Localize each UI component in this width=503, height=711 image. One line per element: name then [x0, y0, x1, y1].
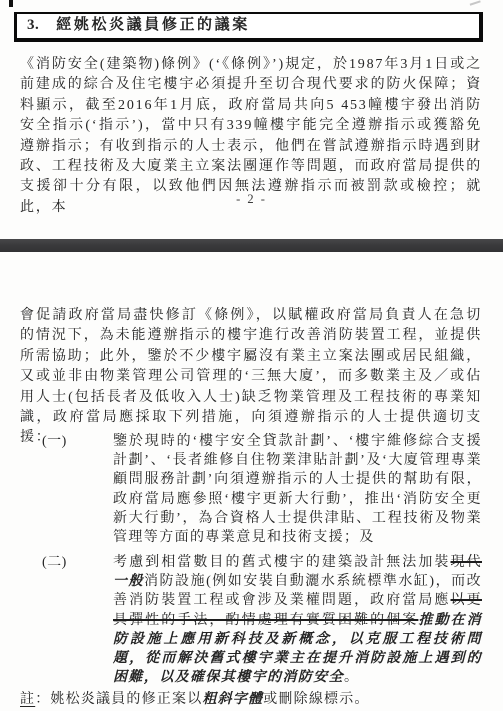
text-segment: 鑒於現時的‘樓宇安全貸款計劃’、‘樓宇維修綜合支援計劃’、‘長者維修自住物業津貼…	[113, 434, 482, 545]
item-label: (二)	[42, 553, 113, 687]
text-segment: 一般	[113, 574, 144, 589]
text-segment: 。	[344, 670, 359, 685]
paragraph-continuation: 會促請政府當局盡快修訂《條例》，以賦權政府當局負責人在急切的情況下，為未能遵辦指…	[20, 306, 482, 449]
list-item-2: (二) 考慮到相當數目的舊式樓宇的建築設計無法加裝現代一般消防設施(例如安裝自動…	[42, 553, 482, 687]
item-text: 鑒於現時的‘樓宇安全貸款計劃’、‘樓宇維修綜合支援計劃’、‘長者維修自住物業津貼…	[113, 432, 482, 547]
text-segment: 現代	[451, 555, 482, 570]
item-text: 考慮到相當數目的舊式樓宇的建築設計無法加裝現代一般消防設施(例如安裝自動灑水系統…	[113, 553, 482, 687]
footnote: 註：姚松炎議員的修正案以粗斜字體或刪除線標示。	[20, 688, 370, 708]
text-segment: 或刪除線標示。	[263, 692, 369, 707]
list-item-1: (一) 鑒於現時的‘樓宇安全貸款計劃’、‘樓宇維修綜合支援計劃’、‘長者維修自住…	[42, 432, 482, 547]
text-segment: 考慮到相當數目的舊式樓宇的建築設計無法加裝	[113, 555, 451, 570]
text-segment: 粗斜字體	[202, 692, 263, 707]
text-segment: 消防設施(例如安裝自動灑水系統標準水缸)，而改善消防裝置工程或會涉及業權問題，政…	[113, 574, 482, 608]
footnote-separator: ：	[35, 692, 50, 707]
page-number: - 2 -	[0, 192, 503, 207]
section-heading: 3. 經姚松炎議員修正的議案	[14, 12, 483, 42]
footnote-label: 註	[20, 692, 35, 707]
text-segment: 姚松炎議員的修正案以	[50, 692, 202, 707]
footnote-text: 姚松炎議員的修正案以粗斜字體或刪除線標示。	[50, 692, 369, 707]
section-number: 3.	[27, 15, 39, 36]
scan-artifact	[9, 0, 13, 7]
section-title: 經姚松炎議員修正的議案	[56, 15, 250, 36]
page-break-bar	[0, 239, 503, 252]
item-label: (一)	[42, 432, 113, 547]
document-page: 3. 經姚松炎議員修正的議案 《消防安全(建築物)條例》(‘《條例》’)規定，於…	[0, 0, 503, 711]
scan-artifact	[470, 0, 482, 7]
